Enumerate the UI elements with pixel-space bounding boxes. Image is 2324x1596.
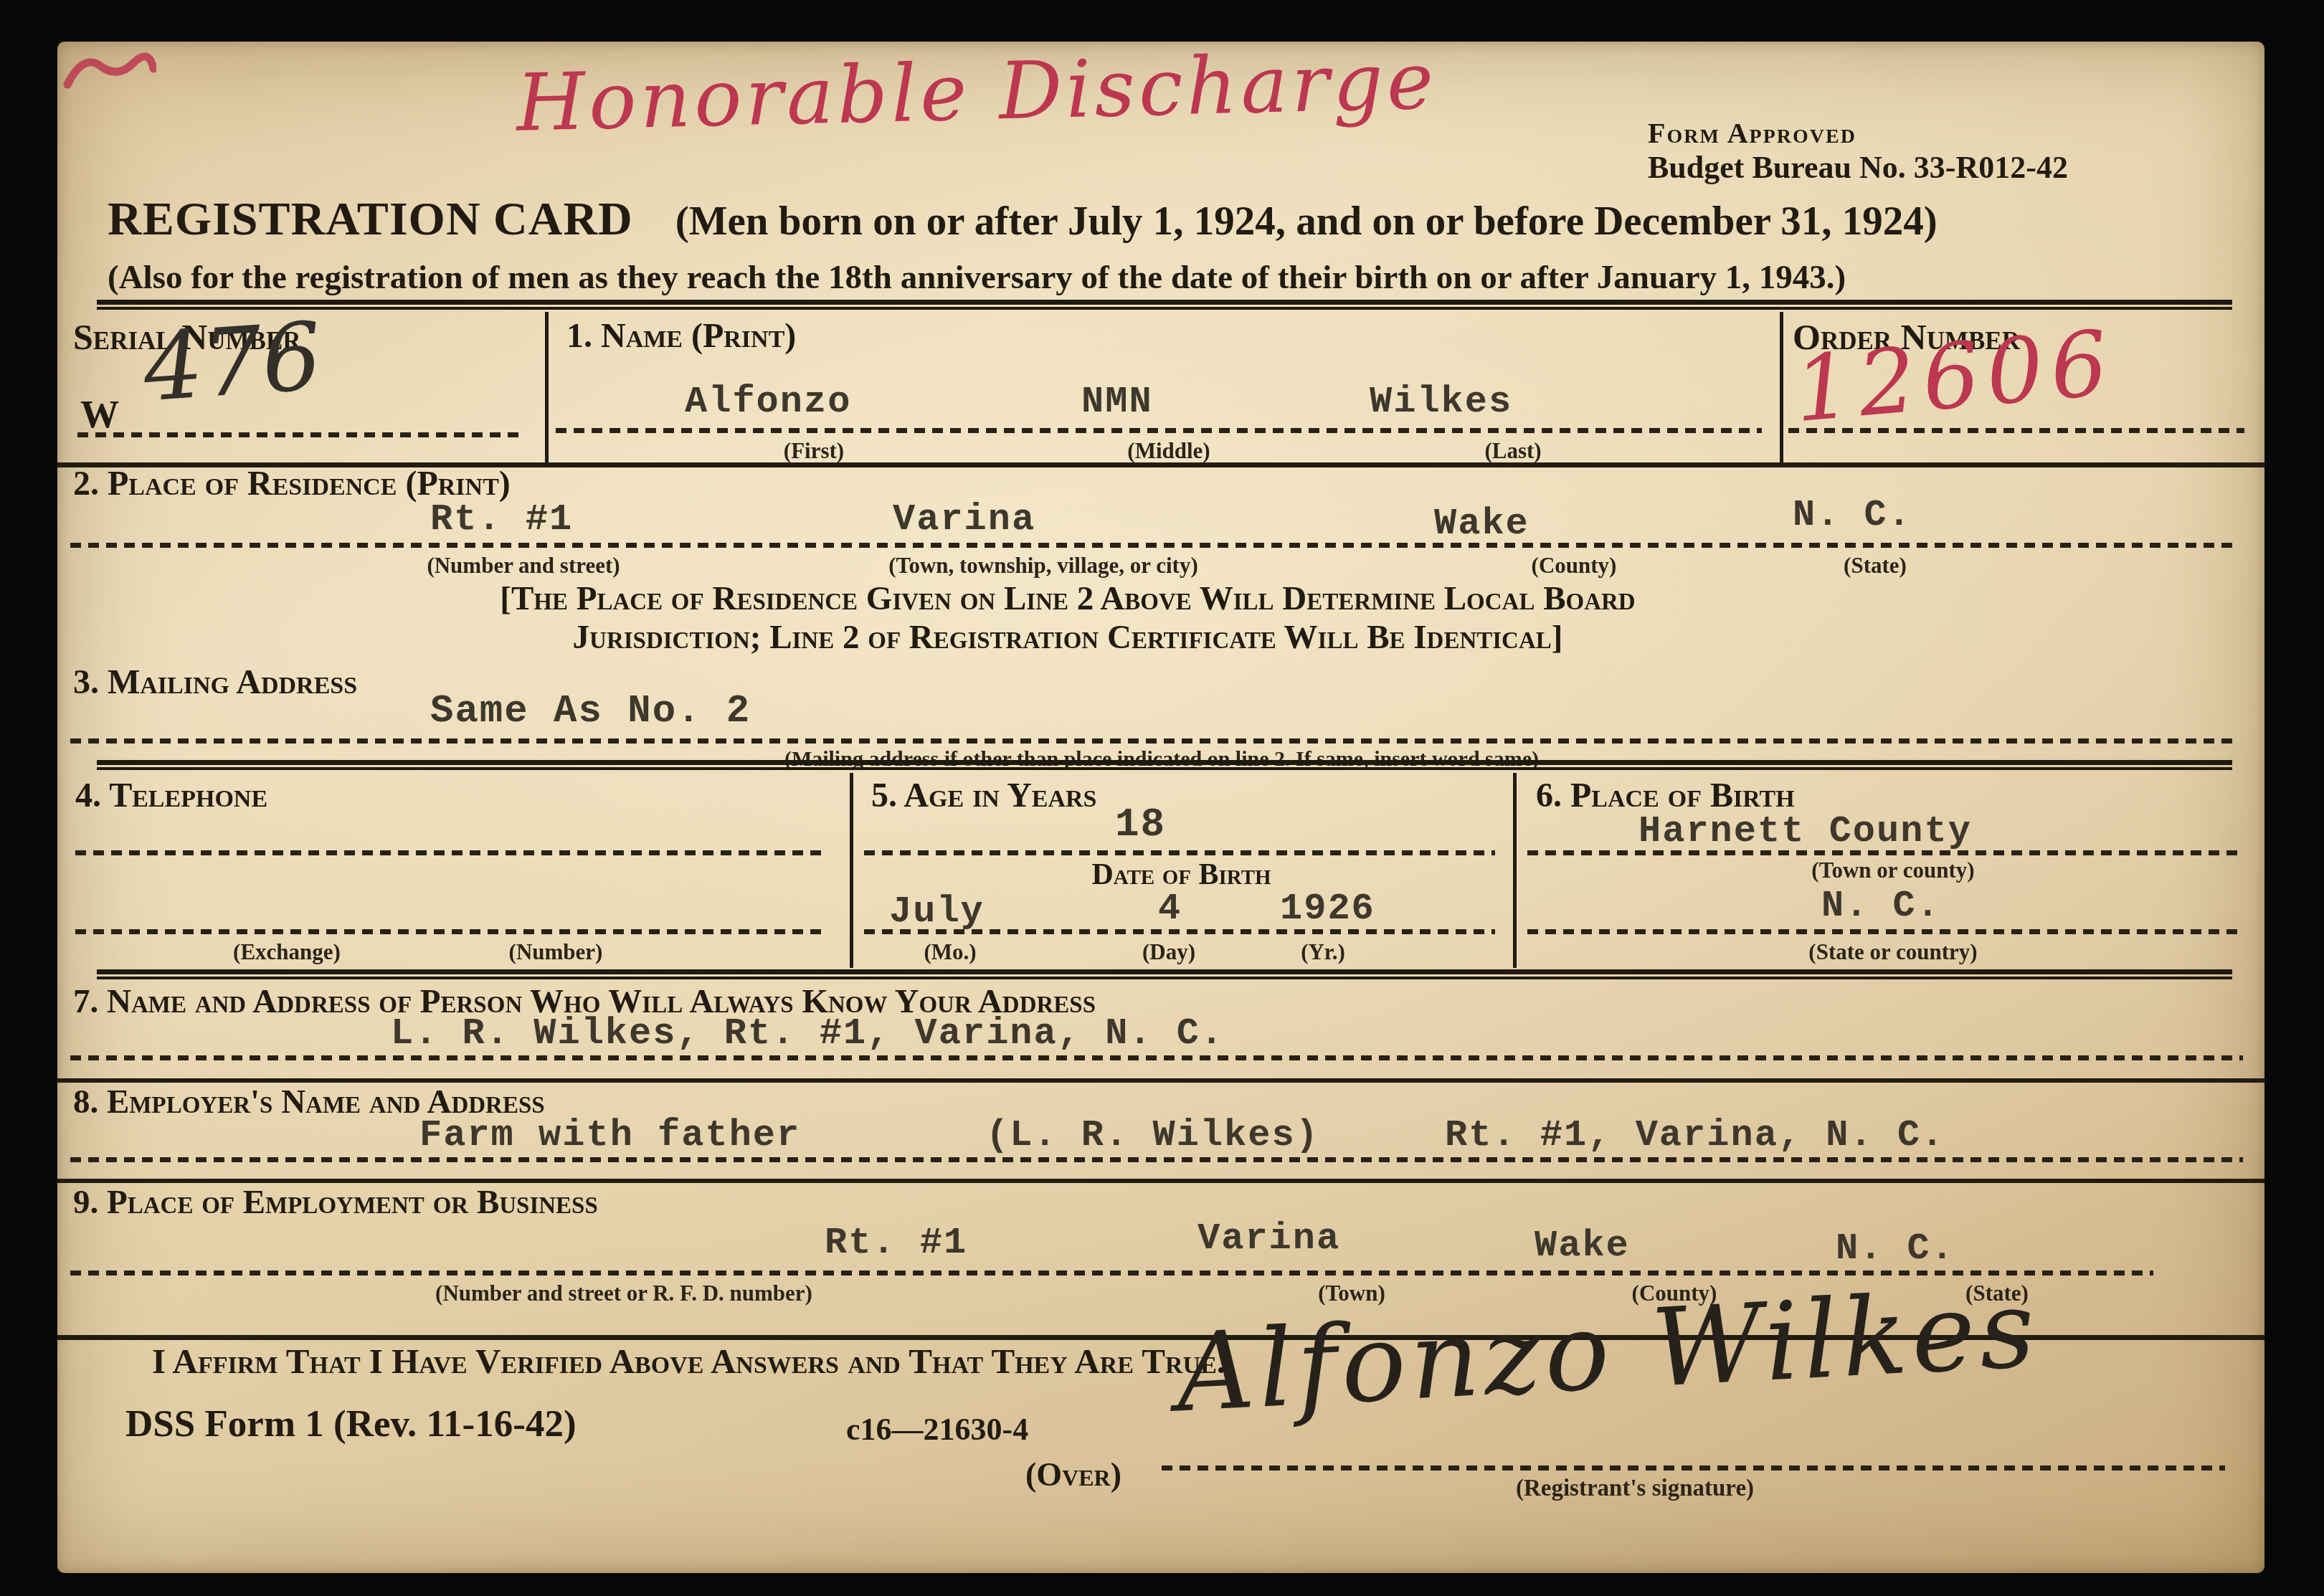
age-value: 18 (1115, 802, 1166, 847)
affirmation-text: I Affirm That I Have Verified Above Answ… (152, 1341, 1225, 1382)
year-caption: (Yr.) (1251, 939, 1395, 965)
birthplace-state-caption: (State or country) (1750, 939, 2036, 965)
residence-town-value: Varina (893, 498, 1035, 541)
month-caption: (Mo.) (878, 939, 1022, 965)
row-telephone-age-birth: 4. Telephone (Exchange) (Number) 5. Age … (57, 773, 2264, 968)
employment-label: 9. Place of Employment or Business (73, 1183, 598, 1222)
red-corner-mark (63, 47, 156, 98)
mailing-value: Same As No. 2 (430, 690, 751, 733)
age-cell: 5. Age in Years 18 Date of Birth July 4 … (850, 773, 1517, 968)
divider-double-mid1 (97, 760, 2232, 772)
serial-prefix: W (80, 392, 119, 437)
residence-state-caption: (State) (1768, 553, 1983, 579)
date-of-birth-label: Date of Birth (850, 858, 1513, 892)
dob-dashed-line (864, 929, 1495, 934)
employer-value-3: Rt. #1, Varina, N. C. (1445, 1114, 1945, 1156)
card-subtitle: (Also for the registration of men as the… (108, 258, 1846, 297)
telephone-dashed-line-2 (75, 929, 828, 934)
order-number-cell: Order Number 12606 (1780, 312, 2264, 462)
name-middle-value: NMN (1081, 381, 1153, 423)
residence-town-caption: (Town, township, village, or city) (792, 553, 1294, 579)
card-title-note: (Men born on or after July 1, 1924, and … (675, 199, 1938, 244)
row-serial-name-order: Serial Number W 476 1. Name (Print) Alfo… (57, 312, 2264, 467)
employer-dashed-line (70, 1157, 2243, 1162)
handwritten-annotation: Honorable Discharge (516, 34, 1438, 148)
day-caption: (Day) (1097, 939, 1241, 965)
serial-dashed-line (77, 432, 522, 437)
row-mailing: 3. Mailing Address Same As No. 2 (Mailin… (57, 660, 2264, 760)
employment-street-value: Rt. #1 (825, 1222, 967, 1264)
residence-label: 2. Place of Residence (Print) (73, 464, 511, 503)
residence-state-value: N. C. (1793, 494, 1912, 536)
birth-month-value: July (889, 890, 985, 933)
employment-dashed-line (70, 1270, 2153, 1276)
serial-number-value: 476 (140, 302, 325, 423)
telephone-label: 4. Telephone (75, 776, 267, 815)
name-cell: 1. Name (Print) Alfonzo NMN Wilkes (Firs… (545, 312, 1783, 462)
jurisdiction-note: [The Place of Residence Given on Line 2 … (172, 579, 1963, 657)
residence-dashed-line (70, 543, 2237, 548)
telephone-dashed-line-1 (75, 850, 828, 855)
age-dashed-line (864, 850, 1495, 855)
order-dashed-line (1788, 428, 2244, 433)
budget-bureau-number: Budget Bureau No. 33-R012-42 (1648, 149, 2068, 186)
birthplace-town-value: Harnett County (1638, 810, 1972, 852)
name-last-value: Wilkes (1370, 381, 1512, 423)
last-caption: (Last) (1441, 438, 1585, 464)
employment-county-value: Wake (1535, 1225, 1630, 1267)
birthplace-state-value: N. C. (1821, 885, 1940, 927)
card-title: REGISTRATION CARD (108, 193, 633, 245)
age-label: 5. Age in Years (871, 776, 1097, 815)
residence-street-caption: (Number and street) (344, 553, 703, 579)
form-approved-label: Form Approved (1648, 116, 1856, 150)
employment-street-caption: (Number and street or R. F. D. number) (409, 1281, 839, 1306)
employer-value-1: Farm with father (419, 1114, 800, 1156)
contact-value: L. R. Wilkes, Rt. #1, Varina, N. C. (391, 1012, 1224, 1055)
residence-county-caption: (County) (1466, 553, 1682, 579)
name-label: 1. Name (Print) (566, 316, 796, 356)
row-residence: 2. Place of Residence (Print) Rt. #1 Var… (57, 462, 2264, 577)
row-contact: 7. Name and Address of Person Who Will A… (57, 982, 2264, 1083)
serial-number-cell: Serial Number W 476 (57, 312, 549, 462)
signature-caption: (Registrant's signature) (1348, 1476, 1922, 1502)
divider-double-top (97, 300, 2232, 312)
form-id: DSS Form 1 (Rev. 11-16-42) (125, 1402, 577, 1445)
employer-value-2: (L. R. Wilkes) (986, 1114, 1319, 1156)
middle-caption: (Middle) (1090, 438, 1248, 464)
print-code: c16—21630-4 (846, 1411, 1028, 1448)
birth-year-value: 1926 (1280, 888, 1375, 930)
telephone-number-caption: (Number) (455, 939, 656, 965)
first-caption: (First) (742, 438, 886, 464)
telephone-exchange-caption: (Exchange) (186, 939, 387, 965)
registration-card: Honorable Discharge Form Approved Budget… (57, 42, 2264, 1573)
birthplace-cell: 6. Place of Birth Harnett County (Town o… (1513, 773, 2264, 968)
row-employer: 8. Employer's Name and Address Farm with… (57, 1083, 2264, 1183)
birthplace-dashed-line-1 (1527, 850, 2243, 855)
jurisdiction-note-line1: [The Place of Residence Given on Line 2 … (172, 579, 1963, 618)
name-dashed-line (556, 428, 1762, 433)
residence-street-value: Rt. #1 (430, 498, 573, 541)
jurisdiction-note-line2: Jurisdiction; Line 2 of Registration Cer… (172, 618, 1963, 657)
contact-dashed-line (70, 1055, 2243, 1060)
birthplace-town-caption: (Town or county) (1750, 858, 2036, 883)
employment-state-value: N. C. (1836, 1227, 1955, 1270)
employment-town-value: Varina (1197, 1217, 1340, 1260)
birth-day-value: 4 (1158, 888, 1182, 930)
residence-county-value: Wake (1434, 503, 1529, 545)
telephone-cell: 4. Telephone (Exchange) (Number) (57, 773, 853, 968)
birthplace-dashed-line-2 (1527, 929, 2243, 934)
birthplace-label: 6. Place of Birth (1536, 776, 1795, 815)
mailing-label: 3. Mailing Address (73, 662, 357, 702)
over-label: (Over) (1025, 1455, 1121, 1493)
divider-double-mid2 (97, 969, 2232, 982)
mailing-dashed-line (70, 738, 2237, 744)
name-first-value: Alfonzo (685, 381, 851, 423)
signature-dashed-line (1162, 1466, 2225, 1471)
